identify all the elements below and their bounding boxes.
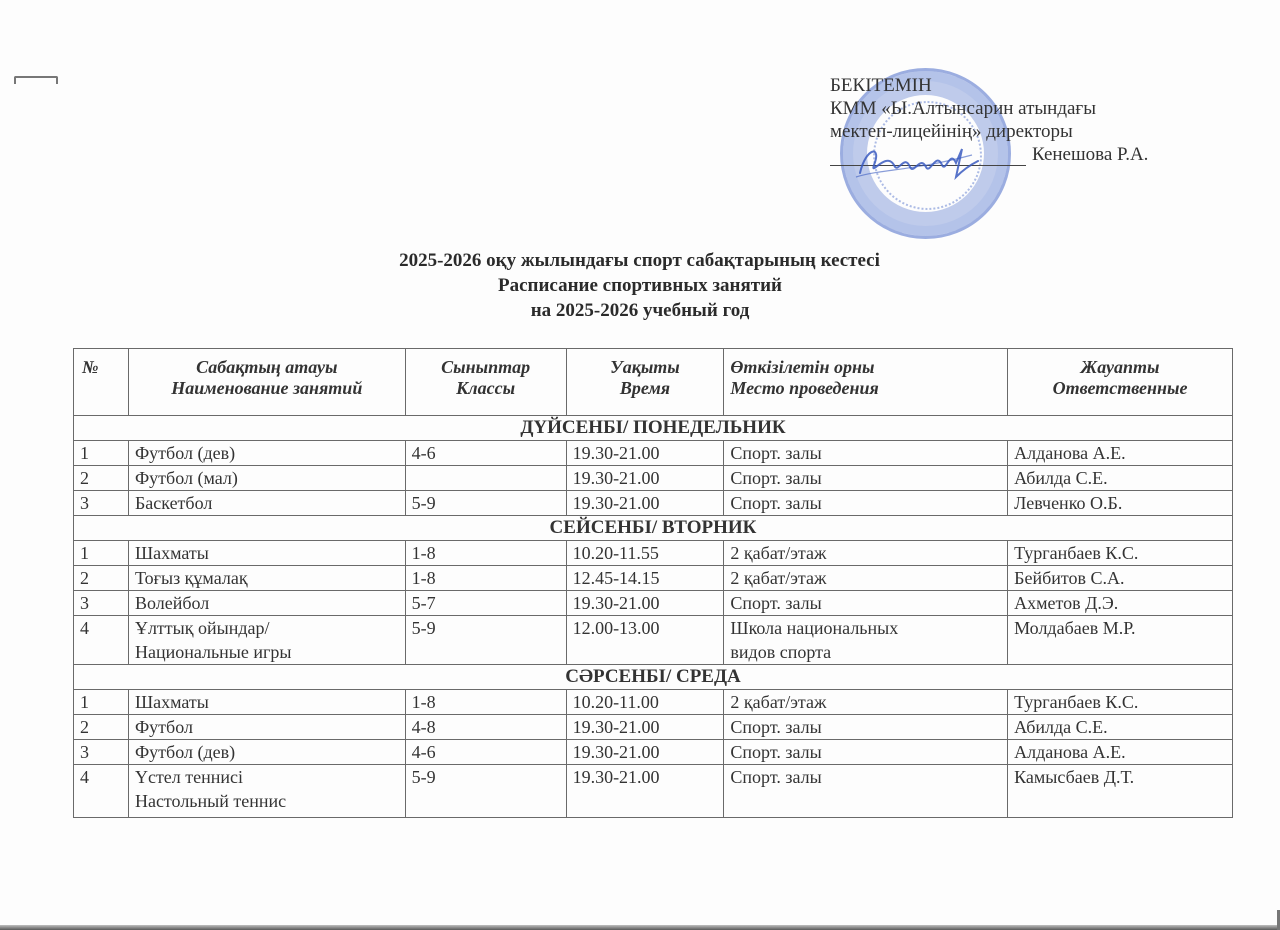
cell-responsible: Алданова А.Е. xyxy=(1008,441,1233,466)
cell-number-text: 3 xyxy=(80,591,122,615)
cell-responsible: Левченко О.Б. xyxy=(1008,491,1233,516)
cell-number-text: 1 xyxy=(80,541,122,565)
table-row: 2Тоғыз құмалақ1-812.45-14.152 қабат/этаж… xyxy=(74,566,1233,591)
cell-place-text: видов спорта xyxy=(730,640,1001,664)
cell-classes-text: 1-8 xyxy=(412,690,560,714)
cell-number-text: 1 xyxy=(80,690,122,714)
sports-schedule-table: № Сабақтың атауы Наименование занятий Сы… xyxy=(73,348,1233,818)
cell-time: 19.30-21.00 xyxy=(566,441,724,466)
cell-number: 2 xyxy=(74,715,129,740)
cell-place: Спорт. залы xyxy=(724,740,1008,765)
cell-place-text: Школа национальных xyxy=(730,616,1001,640)
cell-activity-name: Футбол (мал) xyxy=(128,466,405,491)
cell-responsible-text: Абилда С.Е. xyxy=(1014,466,1226,490)
table-row: 1Шахматы1-810.20-11.002 қабат/этажТурган… xyxy=(74,690,1233,715)
cell-responsible-text: Молдабаев М.Р. xyxy=(1014,616,1226,640)
cell-number-text: 2 xyxy=(80,466,122,490)
cell-responsible: Камысбаев Д.Т. xyxy=(1008,765,1233,818)
title-russian: Расписание спортивных занятий xyxy=(0,273,1280,298)
cell-number: 3 xyxy=(74,591,129,616)
cell-activity-name: Үстел теннисіНастольный теннис xyxy=(128,765,405,818)
cell-time-text: 10.20-11.55 xyxy=(573,541,718,565)
scanned-document-page: БЕКІТЕМІН КММ «Ы.Алтынсарин атындағы мек… xyxy=(0,0,1280,930)
table-row: 3Волейбол5-719.30-21.00Спорт. залыАхмето… xyxy=(74,591,1233,616)
cell-time-text: 19.30-21.00 xyxy=(573,491,718,515)
cell-classes-text: 5-9 xyxy=(412,491,560,515)
cell-number: 1 xyxy=(74,441,129,466)
cell-responsible: Бейбитов С.А. xyxy=(1008,566,1233,591)
cell-time-text: 12.45-14.15 xyxy=(573,566,718,590)
cell-time-text: 12.00-13.00 xyxy=(573,616,718,640)
cell-number-text: 3 xyxy=(80,491,122,515)
cell-classes: 5-9 xyxy=(405,491,566,516)
signature-icon xyxy=(852,143,982,183)
cell-classes: 5-7 xyxy=(405,591,566,616)
document-title: 2025-2026 оқу жылындағы спорт сабақтарын… xyxy=(0,248,1280,323)
cell-place: Школа национальныхвидов спорта xyxy=(724,616,1008,665)
cell-number: 3 xyxy=(74,491,129,516)
cell-place-text: Спорт. залы xyxy=(730,591,1001,615)
table-row: 2Футбол4-819.30-21.00Спорт. залыАбилда С… xyxy=(74,715,1233,740)
signatory-name: Кенешова Р.А. xyxy=(1032,144,1148,165)
cell-classes xyxy=(405,466,566,491)
cell-classes-text: 1-8 xyxy=(412,566,560,590)
cell-responsible: Турганбаев К.С. xyxy=(1008,541,1233,566)
cell-activity-name-text: Үстел теннисі xyxy=(135,765,399,789)
cell-time: 19.30-21.00 xyxy=(566,466,724,491)
table-row: 4Үстел теннисіНастольный теннис5-919.30-… xyxy=(74,765,1233,818)
cell-time: 12.45-14.15 xyxy=(566,566,724,591)
cell-activity-name: Футбол xyxy=(128,715,405,740)
cell-responsible-text: Абилда С.Е. xyxy=(1014,715,1226,739)
header-responsible: Жауапты Ответственные xyxy=(1008,349,1233,416)
cell-classes: 4-8 xyxy=(405,715,566,740)
cell-classes: 1-8 xyxy=(405,690,566,715)
cell-responsible-text: Ахметов Д.Э. xyxy=(1014,591,1226,615)
cell-place: Спорт. залы xyxy=(724,441,1008,466)
cell-activity-name-text: Волейбол xyxy=(135,591,399,615)
table-row: 3Футбол (дев)4-619.30-21.00Спорт. залыАл… xyxy=(74,740,1233,765)
cell-responsible: Алданова А.Е. xyxy=(1008,740,1233,765)
staple-mark xyxy=(14,76,58,84)
cell-activity-name-text: Тоғыз құмалақ xyxy=(135,566,399,590)
cell-activity-name-text: Футбол (дев) xyxy=(135,740,399,764)
cell-activity-name: Баскетбол xyxy=(128,491,405,516)
header-classes: Сыныптар Классы xyxy=(405,349,566,416)
cell-place: Спорт. залы xyxy=(724,491,1008,516)
cell-place-text: Спорт. залы xyxy=(730,765,1001,789)
day-header-row: СӘРСЕНБІ/ СРЕДА xyxy=(74,665,1233,690)
cell-activity-name: Тоғыз құмалақ xyxy=(128,566,405,591)
table-row: 1Шахматы1-810.20-11.552 қабат/этажТурган… xyxy=(74,541,1233,566)
header-activity-name: Сабақтың атауы Наименование занятий xyxy=(128,349,405,416)
cell-activity-name-text: Настольный теннис xyxy=(135,789,399,813)
cell-responsible-text: Алданова А.Е. xyxy=(1014,740,1226,764)
cell-time: 10.20-11.55 xyxy=(566,541,724,566)
title-kazakh: 2025-2026 оқу жылындағы спорт сабақтарын… xyxy=(0,248,1280,273)
cell-place: Спорт. залы xyxy=(724,591,1008,616)
cell-number-text: 2 xyxy=(80,566,122,590)
cell-responsible: Абилда С.Е. xyxy=(1008,715,1233,740)
cell-number: 3 xyxy=(74,740,129,765)
cell-responsible-text: Левченко О.Б. xyxy=(1014,491,1226,515)
header-place: Өткізілетін орны Место проведения xyxy=(724,349,1008,416)
cell-activity-name-text: Шахматы xyxy=(135,690,399,714)
cell-number-text: 4 xyxy=(80,765,122,789)
cell-classes-text: 5-9 xyxy=(412,765,560,789)
cell-classes: 1-8 xyxy=(405,566,566,591)
cell-activity-name: Футбол (дев) xyxy=(128,740,405,765)
cell-place: 2 қабат/этаж xyxy=(724,566,1008,591)
cell-responsible-text: Турганбаев К.С. xyxy=(1014,541,1226,565)
cell-place: Спорт. залы xyxy=(724,466,1008,491)
table-row: 4Ұлттық ойындар/Национальные игры5-912.0… xyxy=(74,616,1233,665)
cell-responsible-text: Турганбаев К.С. xyxy=(1014,690,1226,714)
cell-classes-text: 1-8 xyxy=(412,541,560,565)
cell-place: 2 қабат/этаж xyxy=(724,690,1008,715)
cell-responsible: Абилда С.Е. xyxy=(1008,466,1233,491)
cell-classes-text: 5-7 xyxy=(412,591,560,615)
cell-number-text: 4 xyxy=(80,616,122,640)
cell-time-text: 19.30-21.00 xyxy=(573,715,718,739)
cell-time: 19.30-21.00 xyxy=(566,491,724,516)
cell-time: 10.20-11.00 xyxy=(566,690,724,715)
approval-org-line: КММ «Ы.Алтынсарин атындағы xyxy=(830,97,1148,120)
cell-time: 19.30-21.00 xyxy=(566,740,724,765)
day-header-row: ДҮЙСЕНБІ/ ПОНЕДЕЛЬНИК xyxy=(74,416,1233,441)
cell-place-text: Спорт. залы xyxy=(730,441,1001,465)
cell-classes: 4-6 xyxy=(405,441,566,466)
header-time: Уақыты Время xyxy=(566,349,724,416)
cell-time-text: 19.30-21.00 xyxy=(573,765,718,789)
cell-responsible-text: Бейбитов С.А. xyxy=(1014,566,1226,590)
day-label: ДҮЙСЕНБІ/ ПОНЕДЕЛЬНИК xyxy=(74,416,1233,441)
cell-activity-name-text: Национальные игры xyxy=(135,640,399,664)
cell-responsible: Ахметов Д.Э. xyxy=(1008,591,1233,616)
table-row: 3Баскетбол5-919.30-21.00Спорт. залыЛевче… xyxy=(74,491,1233,516)
cell-activity-name-text: Футбол (мал) xyxy=(135,466,399,490)
cell-time: 19.30-21.00 xyxy=(566,591,724,616)
cell-activity-name: Шахматы xyxy=(128,690,405,715)
cell-number: 1 xyxy=(74,541,129,566)
cell-place-text: 2 қабат/этаж xyxy=(730,690,1001,714)
cell-classes-text: 5-9 xyxy=(412,616,560,640)
cell-number: 4 xyxy=(74,616,129,665)
day-label: СӘРСЕНБІ/ СРЕДА xyxy=(74,665,1233,690)
table-row: 1Футбол (дев)4-619.30-21.00Спорт. залыАл… xyxy=(74,441,1233,466)
approval-heading: БЕКІТЕМІН xyxy=(830,74,1148,97)
cell-number-text: 3 xyxy=(80,740,122,764)
cell-classes-text: 4-8 xyxy=(412,715,560,739)
day-label: СЕЙСЕНБІ/ ВТОРНИК xyxy=(74,516,1233,541)
cell-time-text: 19.30-21.00 xyxy=(573,740,718,764)
cell-classes-text: 4-6 xyxy=(412,740,560,764)
approval-position-line: мектеп-лицейінің» директоры xyxy=(830,120,1148,143)
cell-time: 12.00-13.00 xyxy=(566,616,724,665)
cell-number-text: 2 xyxy=(80,715,122,739)
cell-activity-name: Шахматы xyxy=(128,541,405,566)
title-year: на 2025-2026 учебный год xyxy=(0,298,1280,323)
cell-classes: 5-9 xyxy=(405,765,566,818)
table-row: 2Футбол (мал)19.30-21.00Спорт. залыАбилд… xyxy=(74,466,1233,491)
cell-time: 19.30-21.00 xyxy=(566,765,724,818)
cell-place-text: Спорт. залы xyxy=(730,466,1001,490)
cell-place: Спорт. залы xyxy=(724,765,1008,818)
table-header-row: № Сабақтың атауы Наименование занятий Сы… xyxy=(74,349,1233,416)
cell-time-text: 19.30-21.00 xyxy=(573,591,718,615)
cell-activity-name: Волейбол xyxy=(128,591,405,616)
cell-place: 2 қабат/этаж xyxy=(724,541,1008,566)
header-number: № xyxy=(74,349,129,416)
cell-activity-name-text: Футбол xyxy=(135,715,399,739)
cell-place-text: Спорт. залы xyxy=(730,715,1001,739)
day-header-row: СЕЙСЕНБІ/ ВТОРНИК xyxy=(74,516,1233,541)
cell-place-text: 2 қабат/этаж xyxy=(730,541,1001,565)
cell-activity-name-text: Баскетбол xyxy=(135,491,399,515)
cell-number: 1 xyxy=(74,690,129,715)
cell-number: 2 xyxy=(74,466,129,491)
cell-number: 2 xyxy=(74,566,129,591)
cell-number-text: 1 xyxy=(80,441,122,465)
cell-time: 19.30-21.00 xyxy=(566,715,724,740)
schedule-body: ДҮЙСЕНБІ/ ПОНЕДЕЛЬНИК1Футбол (дев)4-619.… xyxy=(74,416,1233,818)
cell-responsible: Турганбаев К.С. xyxy=(1008,690,1233,715)
cell-activity-name-text: Футбол (дев) xyxy=(135,441,399,465)
cell-number: 4 xyxy=(74,765,129,818)
cell-classes-text: 4-6 xyxy=(412,441,560,465)
cell-place-text: 2 қабат/этаж xyxy=(730,566,1001,590)
cell-place-text: Спорт. залы xyxy=(730,491,1001,515)
scan-edge-shadow xyxy=(0,925,1280,930)
cell-classes: 4-6 xyxy=(405,740,566,765)
cell-responsible: Молдабаев М.Р. xyxy=(1008,616,1233,665)
cell-time-text: 19.30-21.00 xyxy=(573,441,718,465)
cell-place-text: Спорт. залы xyxy=(730,740,1001,764)
cell-activity-name-text: Шахматы xyxy=(135,541,399,565)
cell-time-text: 19.30-21.00 xyxy=(573,466,718,490)
cell-activity-name: Футбол (дев) xyxy=(128,441,405,466)
cell-activity-name: Ұлттық ойындар/Национальные игры xyxy=(128,616,405,665)
cell-activity-name-text: Ұлттық ойындар/ xyxy=(135,616,399,640)
cell-classes: 1-8 xyxy=(405,541,566,566)
cell-responsible-text: Камысбаев Д.Т. xyxy=(1014,765,1226,789)
cell-time-text: 10.20-11.00 xyxy=(573,690,718,714)
cell-responsible-text: Алданова А.Е. xyxy=(1014,441,1226,465)
cell-place: Спорт. залы xyxy=(724,715,1008,740)
cell-classes: 5-9 xyxy=(405,616,566,665)
